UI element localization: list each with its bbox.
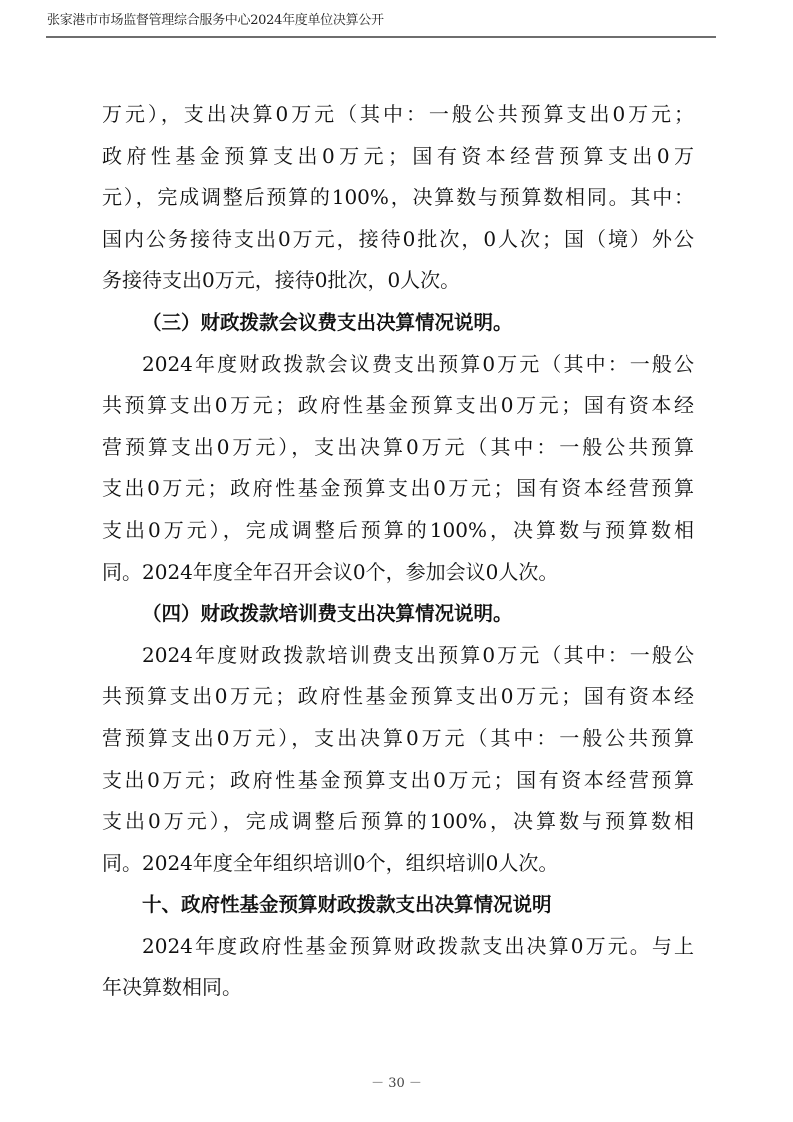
text-line: 共预算支出0万元；政府性基金预算支出0万元；国有资本经	[102, 385, 694, 427]
document-body: 万元），支出决算0万元（其中：一般公共预算支出0万元； 政府性基金预算支出0万元…	[102, 94, 694, 1009]
text-line: 支出0万元；政府性基金预算支出0万元；国有资本经营预算	[102, 760, 694, 802]
text-line: 务接待支出0万元，接待0批次，0人次。	[102, 260, 694, 302]
text-line: 万元），支出决算0万元（其中：一般公共预算支出0万元；	[102, 94, 694, 136]
text-line: 营预算支出0万元），支出决算0万元（其中：一般公共预算	[102, 718, 694, 760]
text-line: 2024年度财政拨款培训费支出预算0万元（其中：一般公	[102, 635, 694, 677]
paragraph-meeting: 2024年度财政拨款会议费支出预算0万元（其中：一般公 共预算支出0万元；政府性…	[102, 344, 694, 594]
text-line: 营预算支出0万元），支出决算0万元（其中：一般公共预算	[102, 427, 694, 469]
text-line: 支出0万元），完成调整后预算的100%，决算数与预算数相	[102, 801, 694, 843]
text-line: 国内公务接待支出0万元，接待0批次，0人次；国（境）外公	[102, 219, 694, 261]
paragraph-training: 2024年度财政拨款培训费支出预算0万元（其中：一般公 共预算支出0万元；政府性…	[102, 635, 694, 885]
text-line: 元），完成调整后预算的100%，决算数与预算数相同。其中：	[102, 177, 694, 219]
text-line: 同。2024年度全年召开会议0个，参加会议0人次。	[102, 552, 694, 594]
text-line: 同。2024年度全年组织培训0个，组织培训0人次。	[102, 843, 694, 885]
text-line: 政府性基金预算支出0万元；国有资本经营预算支出0万	[102, 136, 694, 178]
running-header: 张家港市市场监督管理综合服务中心2024年度单位决算公开	[47, 9, 384, 28]
section-heading-meeting: （三）财政拨款会议费支出决算情况说明。	[102, 302, 694, 344]
text-line: 2024年度政府性基金预算财政拨款支出决算0万元。与上	[102, 926, 694, 968]
section-heading-government-fund: 十、政府性基金预算财政拨款支出决算情况说明	[102, 884, 694, 926]
page-number: － 30 －	[0, 1072, 793, 1091]
paragraph-government-fund: 2024年度政府性基金预算财政拨款支出决算0万元。与上 年决算数相同。	[102, 926, 694, 1009]
header-rule	[46, 36, 716, 38]
text-line: 年决算数相同。	[102, 967, 694, 1009]
text-line: 共预算支出0万元；政府性基金预算支出0万元；国有资本经	[102, 676, 694, 718]
text-line: 支出0万元），完成调整后预算的100%，决算数与预算数相	[102, 510, 694, 552]
section-heading-training: （四）财政拨款培训费支出决算情况说明。	[102, 593, 694, 635]
text-line: 2024年度财政拨款会议费支出预算0万元（其中：一般公	[102, 344, 694, 386]
text-line: 支出0万元；政府性基金预算支出0万元；国有资本经营预算	[102, 468, 694, 510]
paragraph-reception-continuation: 万元），支出决算0万元（其中：一般公共预算支出0万元； 政府性基金预算支出0万元…	[102, 94, 694, 302]
